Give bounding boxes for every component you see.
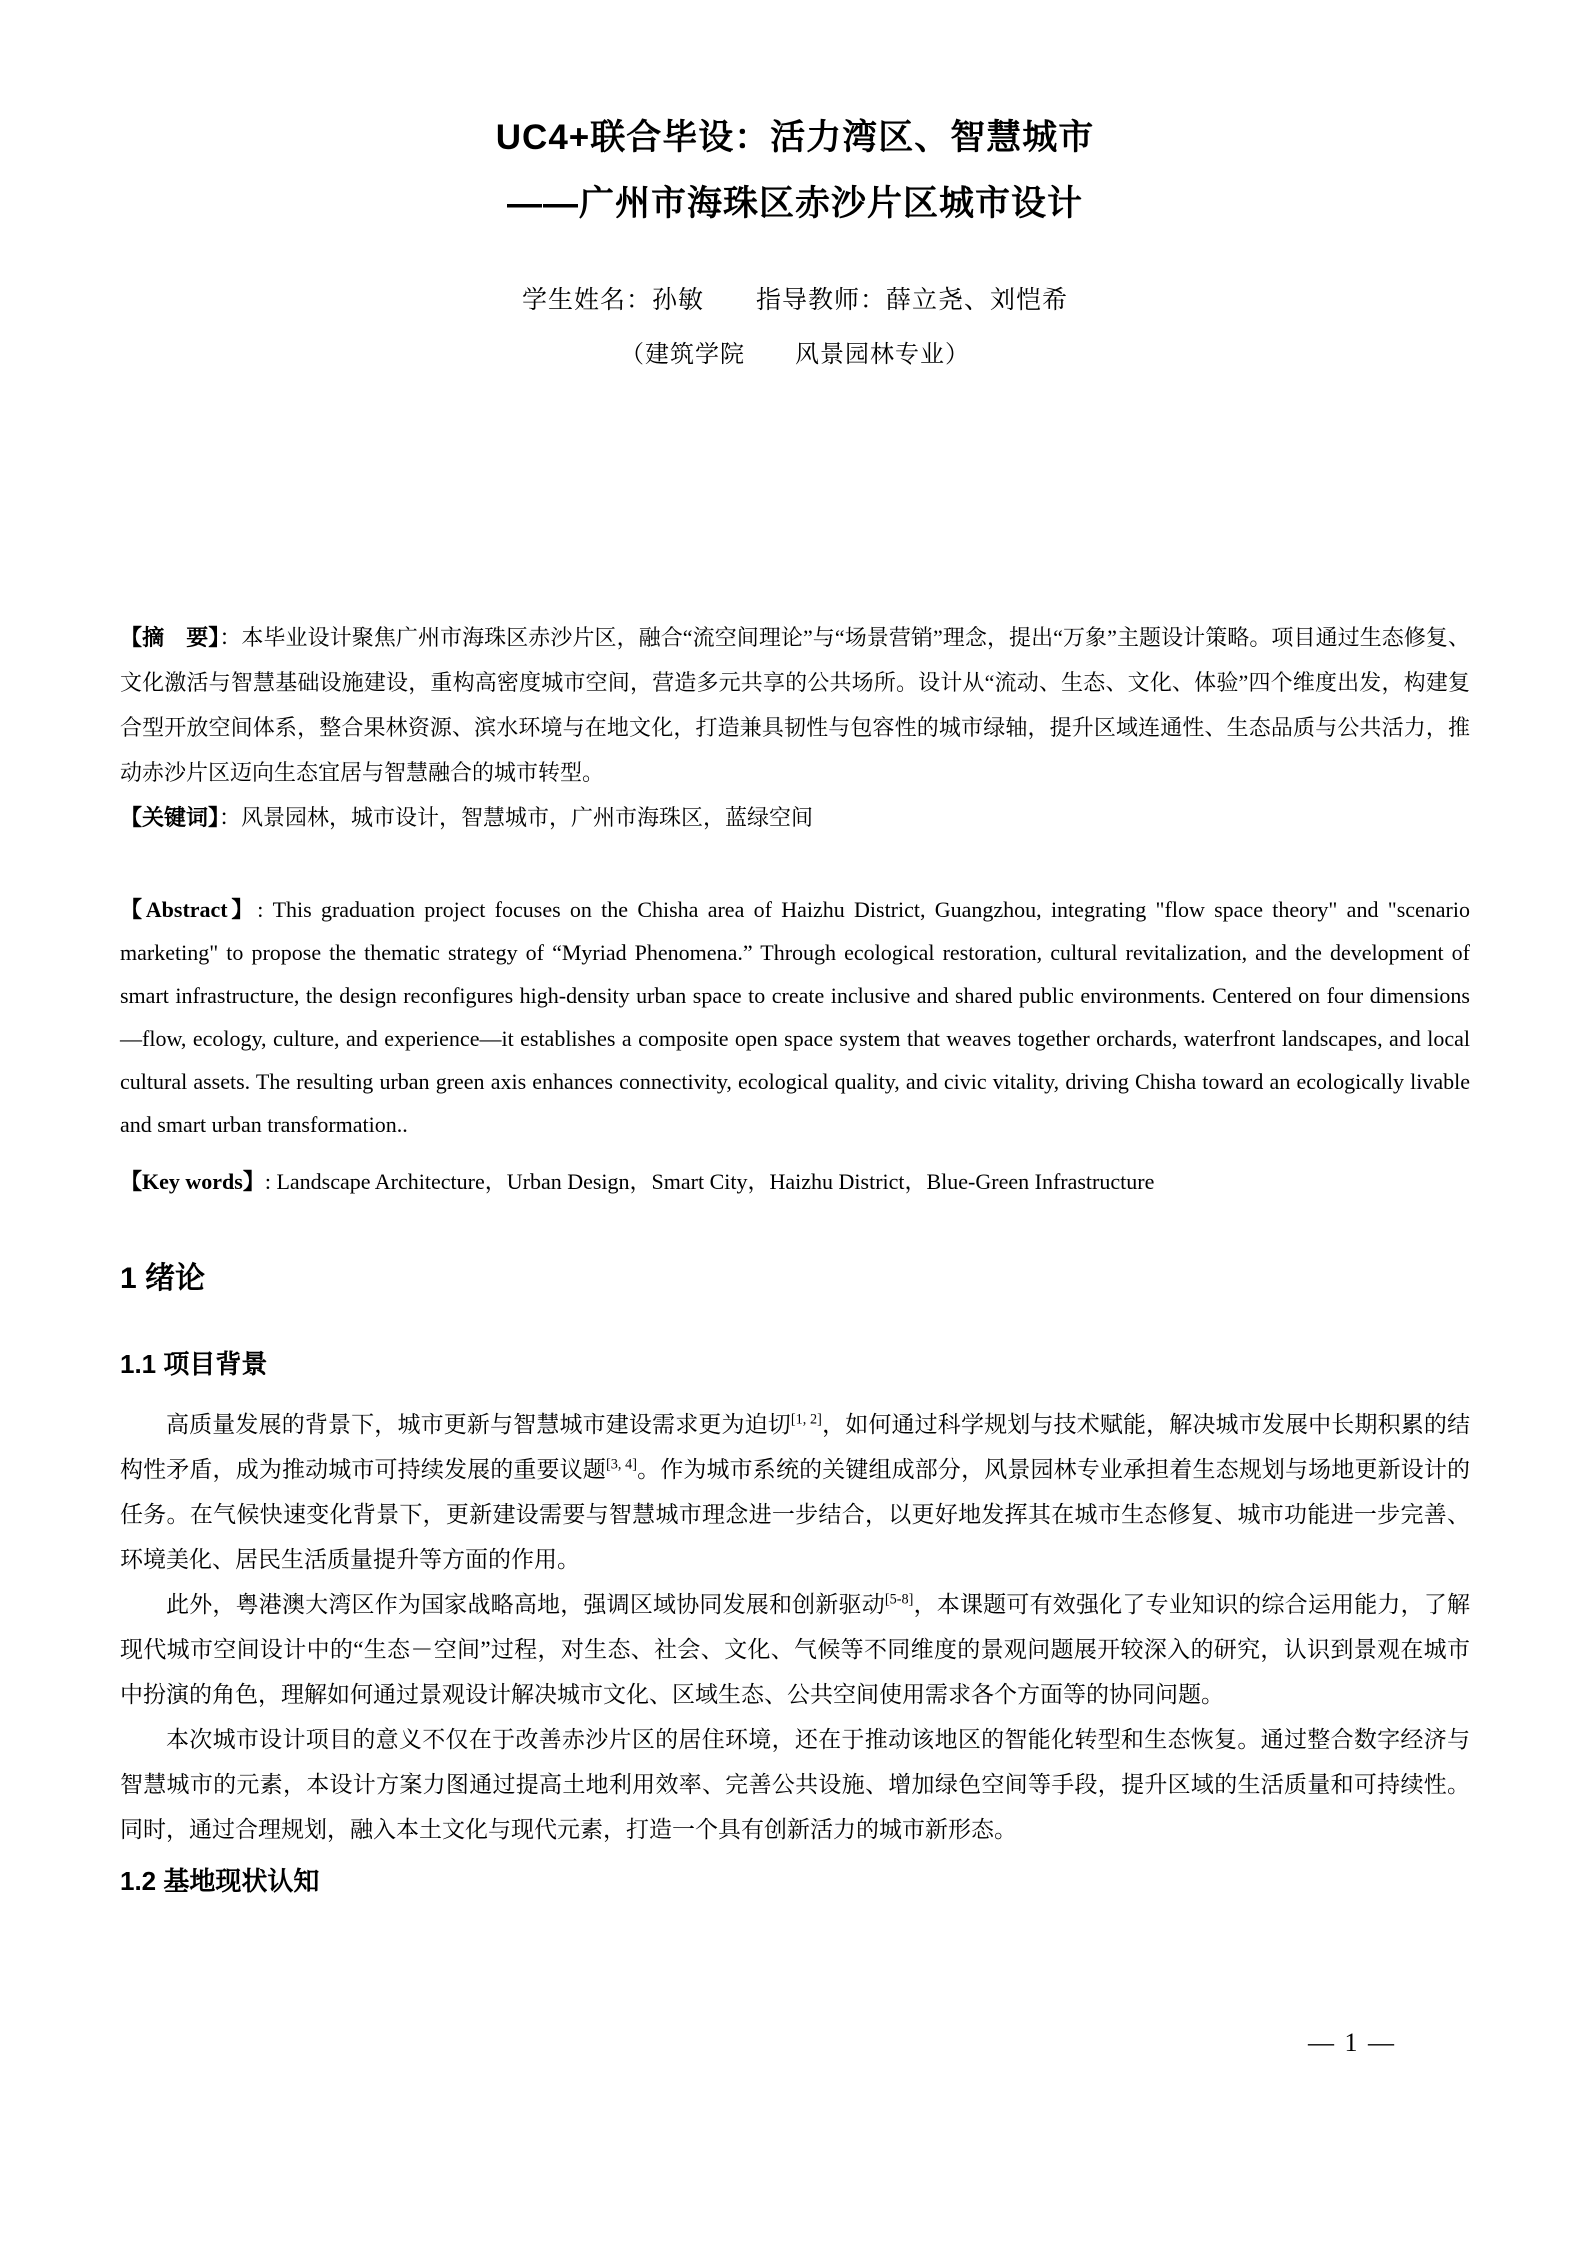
section-heading-1-1: 1.1 项目背景 bbox=[120, 1349, 1470, 1380]
keywords-cn-line: 【关键词】：风景园林，城市设计，智慧城市，广州市海珠区，蓝绿空间 bbox=[120, 795, 1470, 840]
abstract-cn-colon: ： bbox=[219, 625, 241, 650]
abstract-en-label: 【Abstract】 bbox=[120, 897, 257, 922]
keywords-en-line: 【Key words】: Landscape Architecture，Urba… bbox=[120, 1160, 1470, 1203]
page-number: — 1 — bbox=[1308, 2028, 1396, 2058]
chapter-heading-1: 1 绪论 bbox=[120, 1261, 1470, 1297]
section-heading-1-2: 1.2 基地现状认知 bbox=[120, 1866, 1470, 1897]
document-page: UC4+联合毕设：活力湾区、智慧城市 ——广州市海珠区赤沙片区城市设计 学生姓名… bbox=[0, 0, 1586, 2245]
keywords-cn-text: 风景园林，城市设计，智慧城市，广州市海珠区，蓝绿空间 bbox=[241, 805, 813, 830]
abstract-cn-label: 【摘 要】 bbox=[120, 625, 219, 650]
abstract-cn-text: 本毕业设计聚焦广州市海珠区赤沙片区，融合“流空间理论”与“场景营销”理念，提出“… bbox=[120, 625, 1470, 785]
abstract-cn-paragraph: 【摘 要】：本毕业设计聚焦广州市海珠区赤沙片区，融合“流空间理论”与“场景营销”… bbox=[120, 615, 1470, 795]
document-title-line2: ——广州市海珠区赤沙片区城市设计 bbox=[120, 184, 1470, 224]
keywords-en-text: Landscape Architecture，Urban Design，Smar… bbox=[276, 1169, 1154, 1194]
abstract-en-paragraph: 【Abstract】: This graduation project focu… bbox=[120, 888, 1470, 1146]
affiliation-line: （建筑学院 风景园林专业） bbox=[120, 334, 1470, 369]
body-paragraph-1: 高质量发展的背景下，城市更新与智慧城市建设需求更为迫切[1, 2]，如何通过科学… bbox=[120, 1402, 1470, 1582]
keywords-en-colon: : bbox=[265, 1169, 277, 1194]
keywords-cn-label: 【关键词】 bbox=[120, 805, 219, 830]
abstract-en-text: This graduation project focuses on the C… bbox=[120, 897, 1470, 1137]
keywords-en-label: 【Key words】 bbox=[120, 1169, 265, 1194]
student-advisor-byline: 学生姓名：孙敏 指导教师：薛立尧、刘恺希 bbox=[120, 280, 1470, 316]
keywords-cn-colon: ： bbox=[219, 805, 241, 830]
body-paragraph-3: 本次城市设计项目的意义不仅在于改善赤沙片区的居住环境，还在于推动该地区的智能化转… bbox=[120, 1717, 1470, 1852]
abstract-en-colon: : bbox=[257, 897, 272, 922]
body-paragraph-2: 此外，粤港澳大湾区作为国家战略高地，强调区域协同发展和创新驱动[5-8]，本课题… bbox=[120, 1582, 1470, 1717]
document-title-line1: UC4+联合毕设：活力湾区、智慧城市 bbox=[120, 118, 1470, 158]
